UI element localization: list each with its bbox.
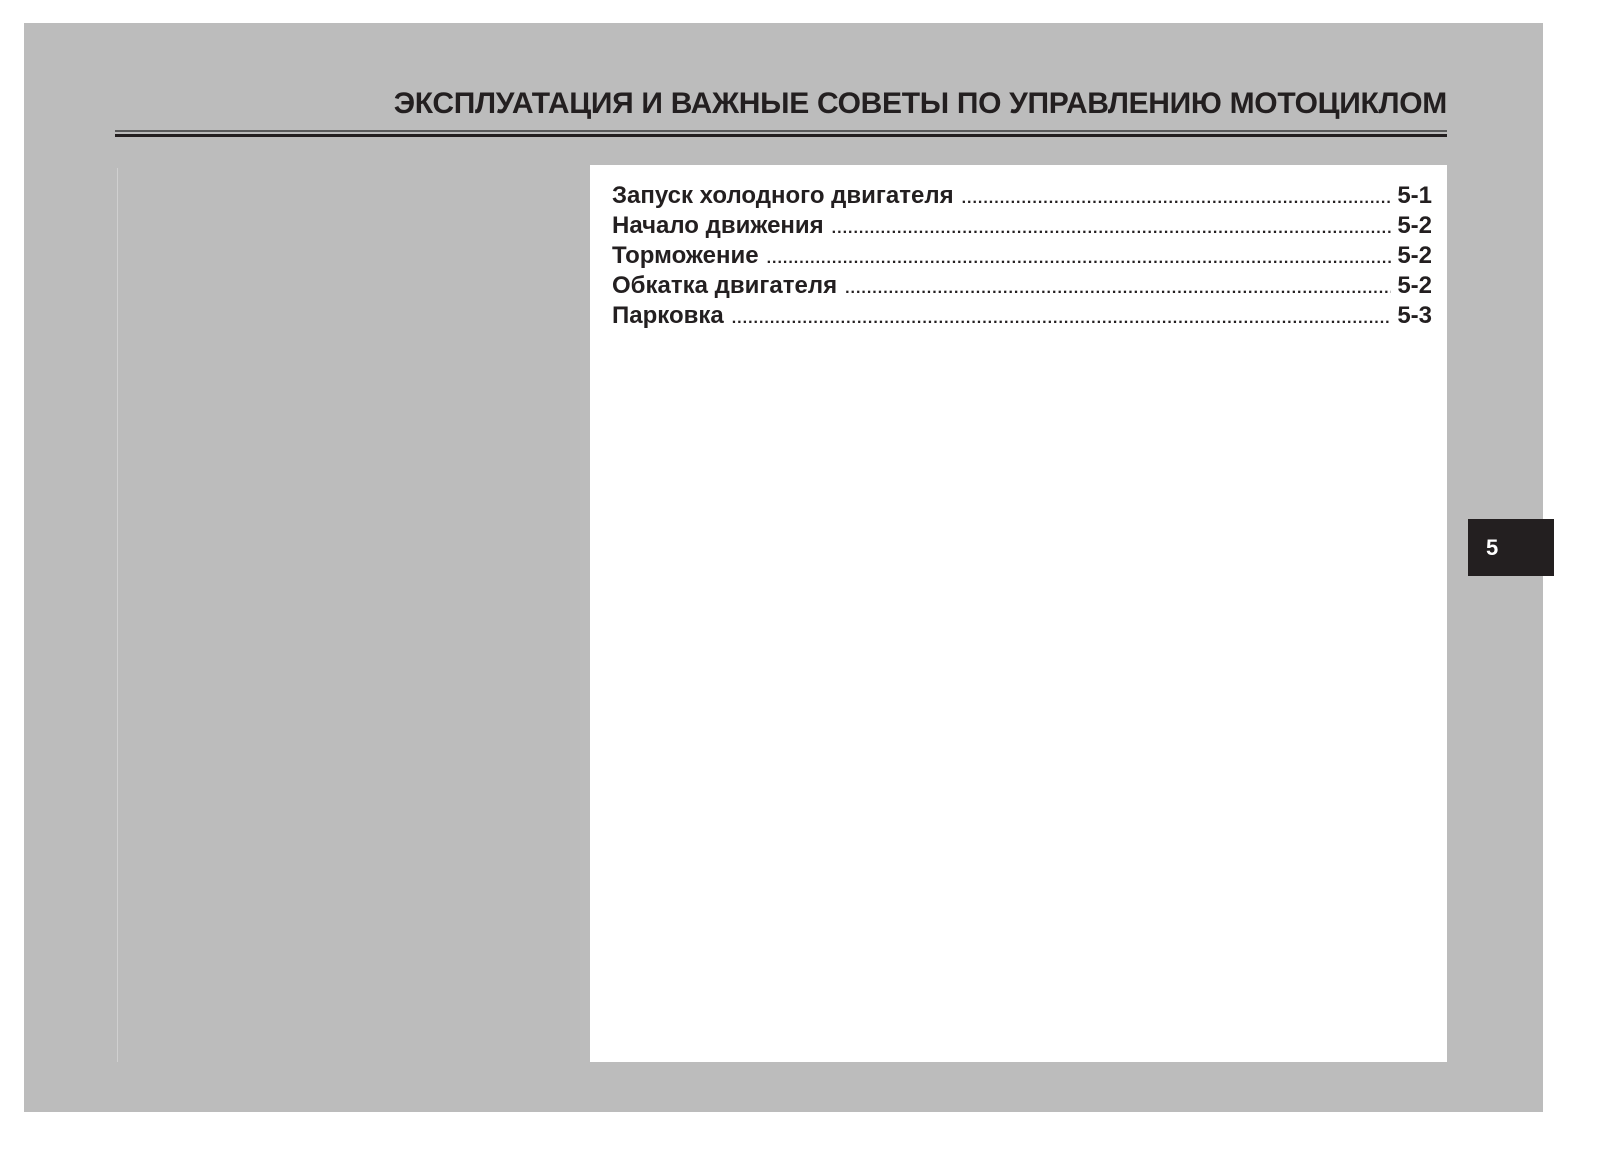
header-rule-thick [115,134,1447,137]
toc-list: Запуск холодного двигателя 5-1 Начало дв… [612,181,1432,331]
toc-leader-dots [832,214,1392,244]
toc-item-braking[interactable]: Торможение 5-2 [612,241,1432,271]
toc-item-page: 5-1 [1391,181,1432,211]
toc-leader-dots [767,244,1392,274]
toc-item-engine-break-in[interactable]: Обкатка двигателя 5-2 [612,271,1432,301]
toc-leader-dots [962,184,1392,214]
toc-item-page: 5-2 [1391,271,1432,301]
toc-item-page: 5-2 [1391,211,1432,241]
toc-item-starting-off[interactable]: Начало движения 5-2 [612,211,1432,241]
header-rule-thin [115,130,1447,132]
chapter-tab[interactable]: 5 [1468,519,1554,576]
table-of-contents: Запуск холодного двигателя 5-1 Начало дв… [590,165,1447,1062]
toc-item-page: 5-3 [1391,301,1432,331]
toc-item-label: Обкатка двигателя [612,271,845,301]
toc-item-cold-start[interactable]: Запуск холодного двигателя 5-1 [612,181,1432,211]
toc-item-label: Торможение [612,241,767,271]
column-divider [117,168,118,1062]
toc-leader-dots [845,274,1391,304]
toc-item-label: Парковка [612,301,732,331]
section-title: ЭКСПЛУАТАЦИЯ И ВАЖНЫЕ СОВЕТЫ ПО УПРАВЛЕН… [394,86,1447,122]
chapter-number: 5 [1486,535,1498,560]
toc-item-label: Запуск холодного двигателя [612,181,962,211]
toc-leader-dots [732,304,1392,334]
toc-item-page: 5-2 [1391,241,1432,271]
toc-item-parking[interactable]: Парковка 5-3 [612,301,1432,331]
toc-item-label: Начало движения [612,211,832,241]
manual-page: ЭКСПЛУАТАЦИЯ И ВАЖНЫЕ СОВЕТЫ ПО УПРАВЛЕН… [24,23,1543,1112]
